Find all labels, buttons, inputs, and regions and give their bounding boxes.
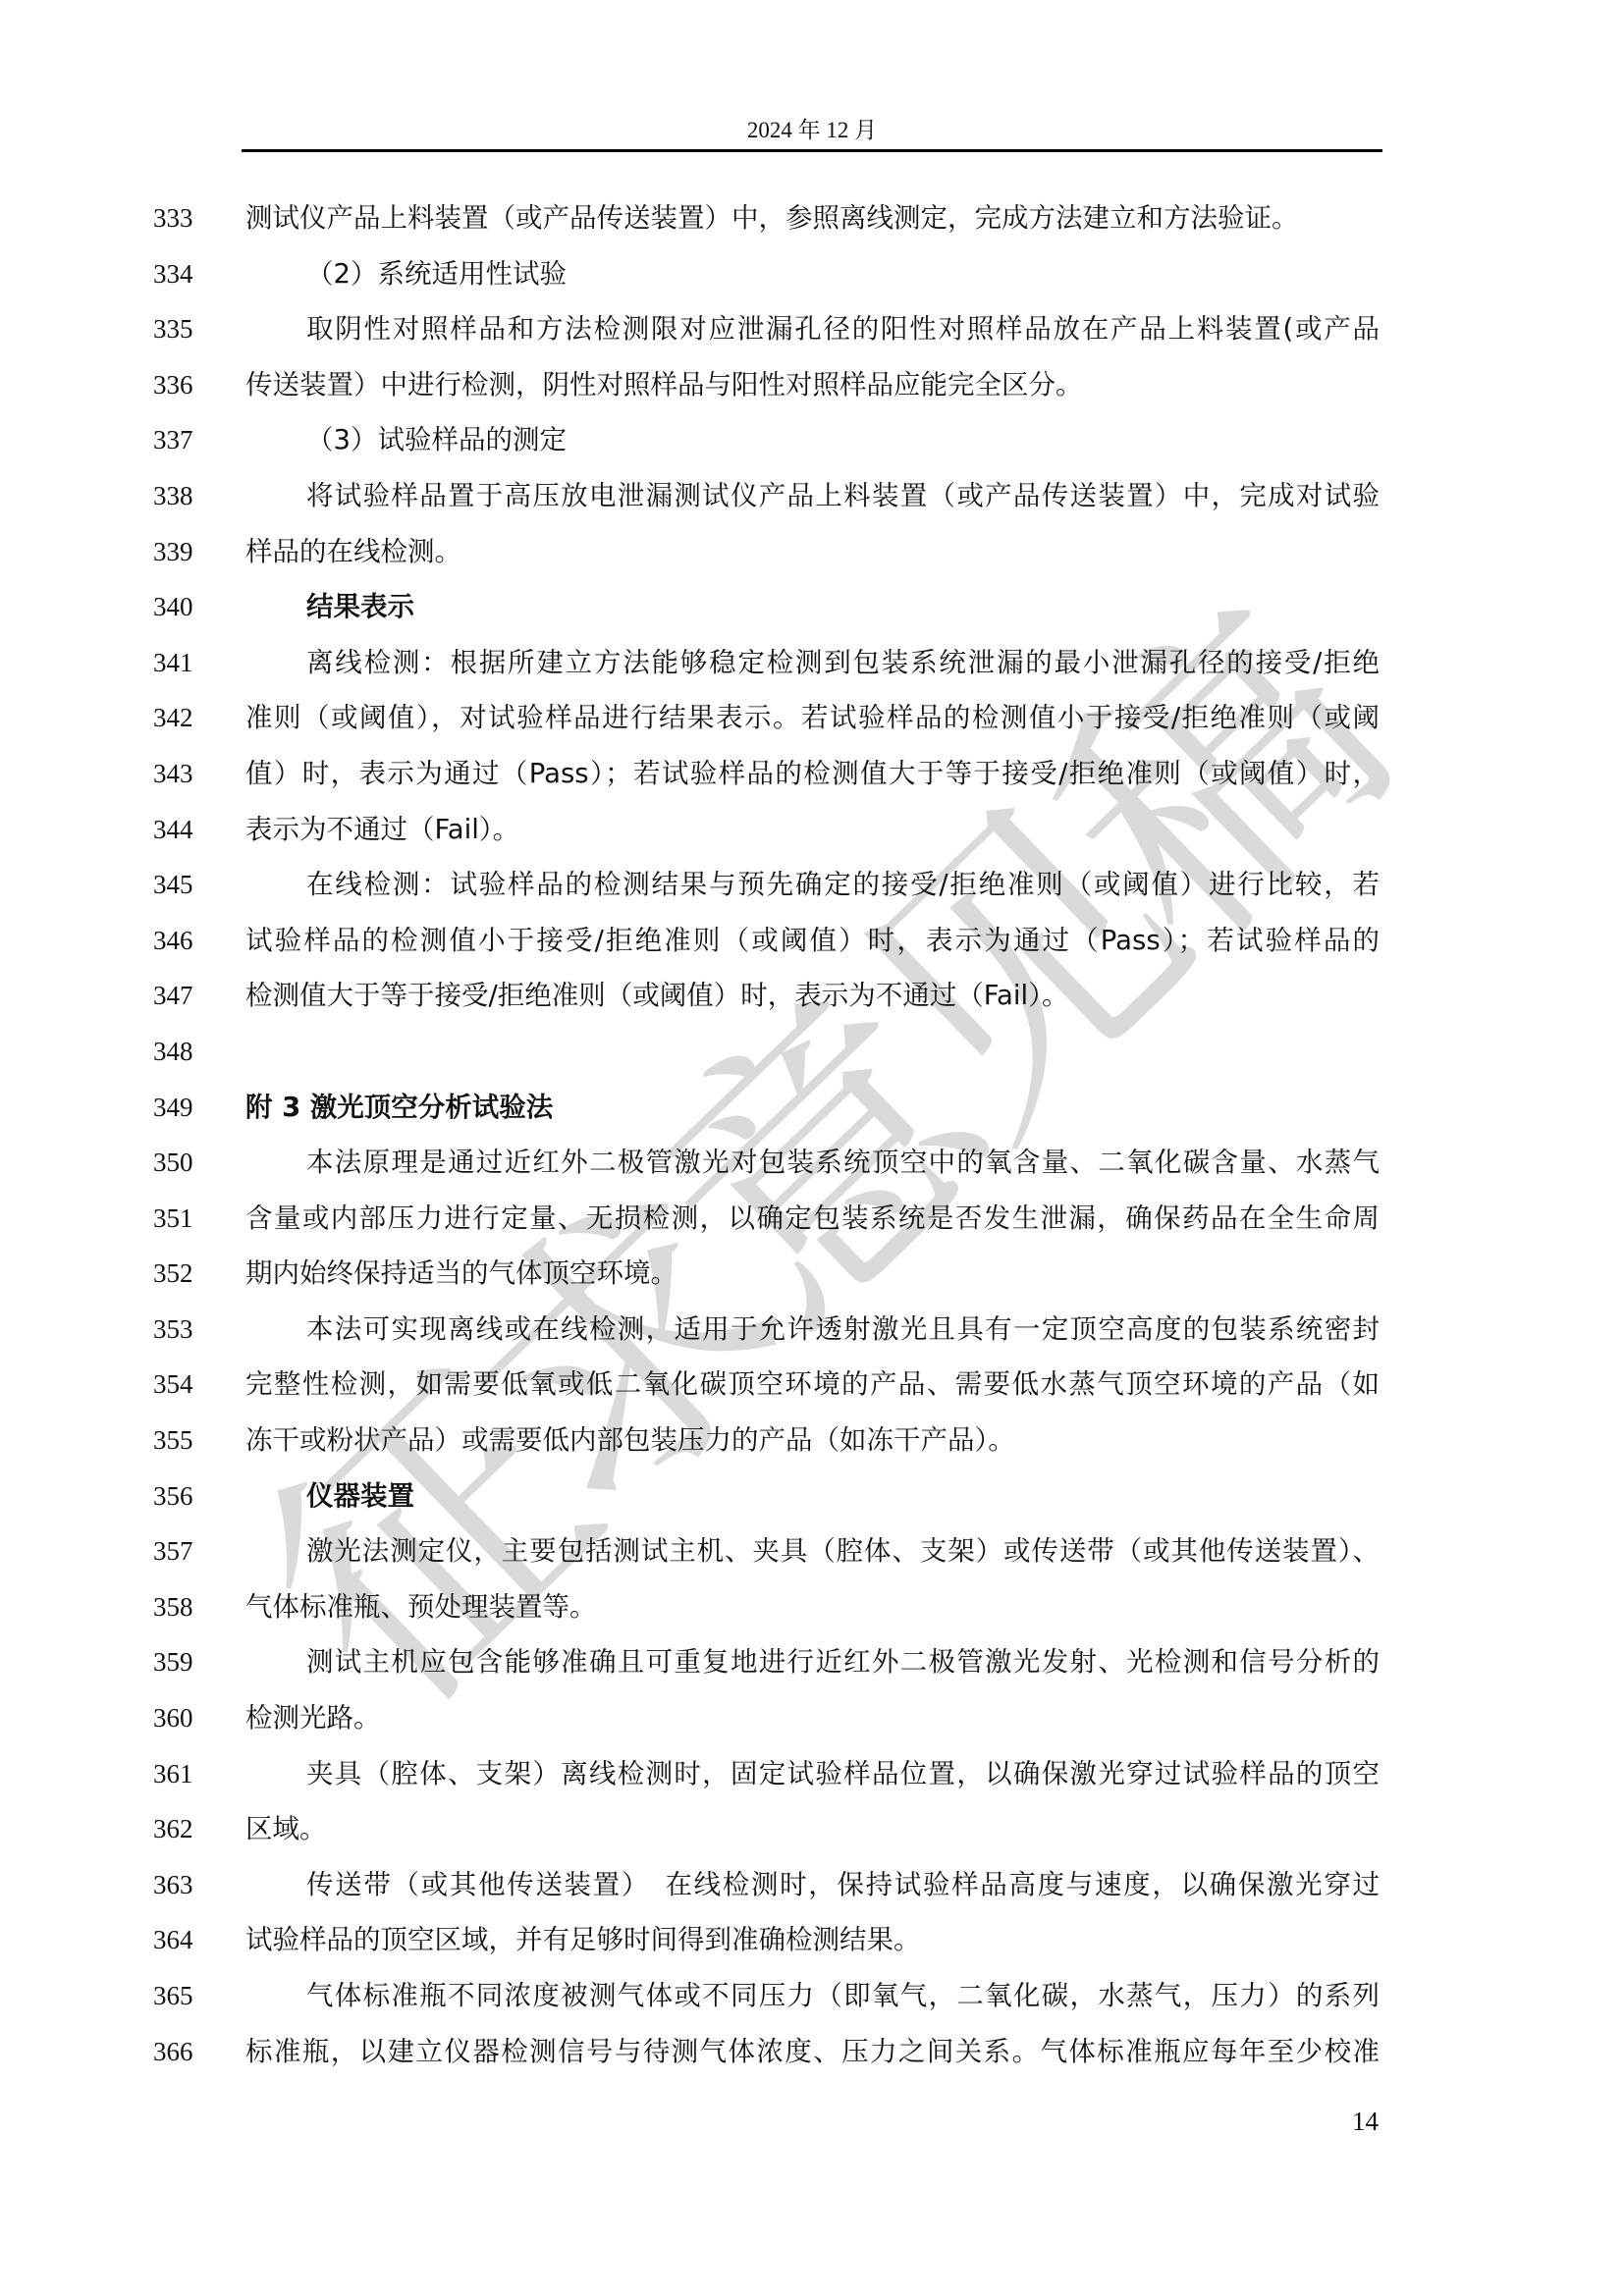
document-line: 364试验样品的顶空区域，并有足够时间得到准确检测结果。 — [0, 1912, 1624, 1968]
document-line: 343值）时，表示为通过（Pass）；若试验样品的检测值大于等于接受/拒绝准则（… — [0, 746, 1624, 802]
page-header-date: 2024 年 12 月 — [242, 116, 1382, 145]
line-text: 样品的在线检测。 — [245, 534, 1380, 569]
line-text: 气体标准瓶、预处理装置等。 — [245, 1589, 1380, 1625]
line-number: 346 — [153, 923, 212, 958]
document-line: 361夹具（腔体、支架）离线检测时，固定试验样品位置，以确保激光穿过试验样品的顶… — [0, 1746, 1624, 1802]
line-text: 将试验样品置于高压放电泄漏测试仪产品上料装置（或产品传送装置）中，完成对试验 — [306, 478, 1380, 513]
document-body: 333测试仪产品上料装置（或产品传送装置）中，参照离线测定，完成方法建立和方法验… — [0, 190, 1624, 2079]
line-text: 冻干或粉状产品）或需要低内部包装压力的产品（如冻干产品）。 — [245, 1422, 1380, 1458]
page-number: 14 — [1316, 2106, 1379, 2137]
document-line: 342准则（或阈值），对试验样品进行结果表示。若试验样品的检测值小于接受/拒绝准… — [0, 690, 1624, 746]
line-number: 340 — [153, 589, 212, 624]
line-text: 传送带（或其他传送装置） 在线检测时，保持试验样品高度与速度，以确保激光穿过 — [306, 1867, 1380, 1902]
line-text: 测试仪产品上料装置（或产品传送装置）中，参照离线测定，完成方法建立和方法验证。 — [245, 200, 1380, 236]
line-text: 本法可实现离线或在线检测，适用于允许透射激光且具有一定顶空高度的包装系统密封 — [306, 1311, 1380, 1347]
document-line: 362区域。 — [0, 1801, 1624, 1857]
line-text: 检测光路。 — [245, 1700, 1380, 1735]
line-number: 338 — [153, 478, 212, 513]
line-text: 含量或内部压力进行定量、无损检测，以确定包装系统是否发生泄漏，确保药品在全生命周 — [245, 1201, 1380, 1236]
document-line: 350本法原理是通过近红外二极管激光对包装系统顶空中的氧含量、二氧化碳含量、水蒸… — [0, 1135, 1624, 1191]
line-number: 345 — [153, 867, 212, 902]
line-number: 336 — [153, 367, 212, 402]
document-line: 356仪器装置 — [0, 1468, 1624, 1524]
document-line: 338将试验样品置于高压放电泄漏测试仪产品上料装置（或产品传送装置）中，完成对试… — [0, 468, 1624, 524]
document-line: 339样品的在线检测。 — [0, 524, 1624, 580]
line-number: 358 — [153, 1589, 212, 1625]
line-text: 夹具（腔体、支架）离线检测时，固定试验样品位置，以确保激光穿过试验样品的顶空 — [306, 1756, 1380, 1791]
document-line: 333测试仪产品上料装置（或产品传送装置）中，参照离线测定，完成方法建立和方法验… — [0, 190, 1624, 246]
line-text: 本法原理是通过近红外二极管激光对包装系统顶空中的氧含量、二氧化碳含量、水蒸气 — [306, 1145, 1380, 1180]
line-text: 在线检测：试验样品的检测结果与预先确定的接受/拒绝准则（或阈值）进行比较，若 — [306, 867, 1380, 902]
line-number: 360 — [153, 1700, 212, 1735]
document-line: 354完整性检测，如需要低氧或低二氧化碳顶空环境的产品、需要低水蒸气顶空环境的产… — [0, 1357, 1624, 1413]
line-number: 354 — [153, 1366, 212, 1402]
document-line: 353本法可实现离线或在线检测，适用于允许透射激光且具有一定顶空高度的包装系统密… — [0, 1302, 1624, 1358]
line-number: 365 — [153, 1978, 212, 2013]
line-text: 准则（或阈值），对试验样品进行结果表示。若试验样品的检测值小于接受/拒绝准则（或… — [245, 700, 1380, 735]
line-number: 361 — [153, 1756, 212, 1791]
document-line: 365气体标准瓶不同浓度被测气体或不同压力（即氧气，二氧化碳，水蒸气，压力）的系… — [0, 1968, 1624, 2024]
line-text: （2）系统适用性试验 — [306, 256, 1380, 292]
line-text: 标准瓶，以建立仪器检测信号与待测气体浓度、压力之间关系。气体标准瓶应每年至少校准 — [245, 2034, 1380, 2069]
line-number: 334 — [153, 256, 212, 292]
document-line: 347检测值大于等于接受/拒绝准则（或阈值）时，表示为不通过（Fail）。 — [0, 968, 1624, 1024]
document-line: 366标准瓶，以建立仪器检测信号与待测气体浓度、压力之间关系。气体标准瓶应每年至… — [0, 2024, 1624, 2080]
document-line: 348 — [0, 1024, 1624, 1080]
section-heading: 仪器装置 — [306, 1478, 1380, 1514]
document-line: 357激光法测定仪，主要包括测试主机、夹具（腔体、支架）或传送带（或其他传送装置… — [0, 1523, 1624, 1579]
line-number: 339 — [153, 534, 212, 569]
document-line: 363传送带（或其他传送装置） 在线检测时，保持试验样品高度与速度，以确保激光穿… — [0, 1857, 1624, 1913]
line-number: 347 — [153, 978, 212, 1013]
line-text: 完整性检测，如需要低氧或低二氧化碳顶空环境的产品、需要低水蒸气顶空环境的产品（如 — [245, 1366, 1380, 1402]
document-line: 355冻干或粉状产品）或需要低内部包装压力的产品（如冻干产品）。 — [0, 1413, 1624, 1468]
document-line: 341离线检测：根据所建立方法能够稳定检测到包装系统泄漏的最小泄漏孔径的接受/拒… — [0, 635, 1624, 691]
document-line: 358气体标准瓶、预处理装置等。 — [0, 1579, 1624, 1635]
document-line: 346试验样品的检测值小于接受/拒绝准则（或阈值）时，表示为通过（Pass）；若… — [0, 913, 1624, 969]
line-number: 350 — [153, 1145, 212, 1180]
line-text: 离线检测：根据所建立方法能够稳定检测到包装系统泄漏的最小泄漏孔径的接受/拒绝 — [306, 645, 1380, 680]
document-line: 345在线检测：试验样品的检测结果与预先确定的接受/拒绝准则（或阈值）进行比较，… — [0, 857, 1624, 913]
line-number: 335 — [153, 311, 212, 347]
document-line: 335取阴性对照样品和方法检测限对应泄漏孔径的阳性对照样品放在产品上料装置(或产… — [0, 301, 1624, 357]
line-text: 表示为不通过（Fail）。 — [245, 812, 1380, 847]
line-number: 355 — [153, 1422, 212, 1458]
line-text: 区域。 — [245, 1811, 1380, 1846]
line-number: 357 — [153, 1533, 212, 1569]
line-number: 343 — [153, 756, 212, 791]
line-number: 341 — [153, 645, 212, 680]
line-number: 333 — [153, 200, 212, 236]
line-text: 气体标准瓶不同浓度被测气体或不同压力（即氧气，二氧化碳，水蒸气，压力）的系列 — [306, 1978, 1380, 2013]
line-number: 362 — [153, 1811, 212, 1846]
line-text: 测试主机应包含能够准确且可重复地进行近红外二极管激光发射、光检测和信号分析的 — [306, 1644, 1380, 1680]
line-text: 试验样品的检测值小于接受/拒绝准则（或阈值）时，表示为通过（Pass）；若试验样… — [245, 923, 1380, 958]
line-number: 359 — [153, 1644, 212, 1680]
line-text: 传送装置）中进行检测，阴性对照样品与阳性对照样品应能完全区分。 — [245, 367, 1380, 402]
document-line: 359测试主机应包含能够准确且可重复地进行近红外二极管激光发射、光检测和信号分析… — [0, 1634, 1624, 1690]
line-text: 检测值大于等于接受/拒绝准则（或阈值）时，表示为不通过（Fail）。 — [245, 978, 1380, 1013]
line-number: 351 — [153, 1201, 212, 1236]
line-text: 期内始终保持适当的气体顶空环境。 — [245, 1255, 1380, 1291]
line-number: 342 — [153, 700, 212, 735]
line-number: 348 — [153, 1034, 212, 1069]
header-rule — [242, 149, 1382, 152]
line-number: 363 — [153, 1867, 212, 1902]
line-text: 试验样品的顶空区域，并有足够时间得到准确检测结果。 — [245, 1922, 1380, 1957]
document-line: 349附 3 激光顶空分析试验法 — [0, 1080, 1624, 1136]
document-line: 351含量或内部压力进行定量、无损检测，以确定包装系统是否发生泄漏，确保药品在全… — [0, 1191, 1624, 1247]
line-text: 值）时，表示为通过（Pass）；若试验样品的检测值大于等于接受/拒绝准则（或阈值… — [245, 756, 1380, 791]
document-line: 337（3）试验样品的测定 — [0, 412, 1624, 468]
line-number: 356 — [153, 1478, 212, 1514]
line-number: 352 — [153, 1255, 212, 1291]
line-number: 344 — [153, 812, 212, 847]
line-number: 366 — [153, 2034, 212, 2069]
section-heading: 结果表示 — [306, 589, 1380, 624]
line-number: 353 — [153, 1311, 212, 1347]
line-text: 激光法测定仪，主要包括测试主机、夹具（腔体、支架）或传送带（或其他传送装置）、 — [306, 1533, 1380, 1569]
line-number: 364 — [153, 1922, 212, 1957]
document-line: 334（2）系统适用性试验 — [0, 246, 1624, 302]
line-text: 取阴性对照样品和方法检测限对应泄漏孔径的阳性对照样品放在产品上料装置(或产品 — [306, 311, 1380, 347]
document-line: 352期内始终保持适当的气体顶空环境。 — [0, 1246, 1624, 1302]
document-line: 344表示为不通过（Fail）。 — [0, 802, 1624, 858]
line-number: 349 — [153, 1090, 212, 1125]
document-line: 336传送装置）中进行检测，阴性对照样品与阳性对照样品应能完全区分。 — [0, 357, 1624, 413]
line-number: 337 — [153, 422, 212, 457]
line-text: （3）试验样品的测定 — [306, 422, 1380, 457]
document-line: 340结果表示 — [0, 579, 1624, 635]
document-line: 360检测光路。 — [0, 1690, 1624, 1746]
section-heading: 附 3 激光顶空分析试验法 — [245, 1090, 1380, 1125]
